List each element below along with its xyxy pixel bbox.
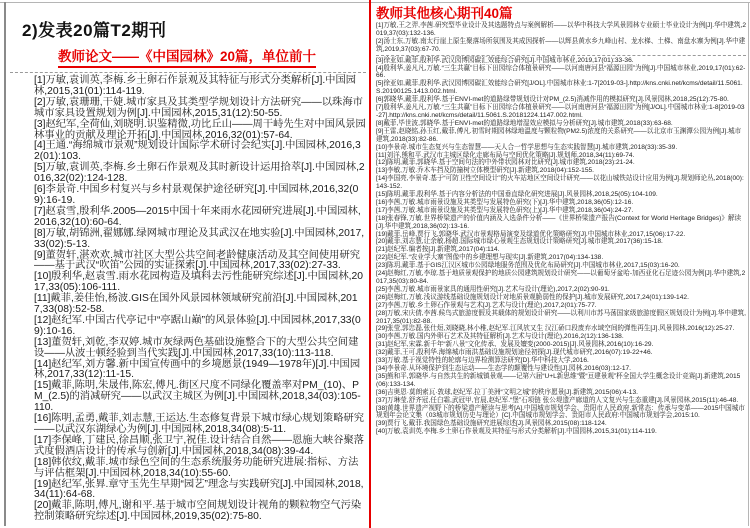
citation-item: [19]赵纪军,张昪.章守玉先生早期“园艺”理念与实践研究[J].中国园林,20… bbox=[34, 480, 366, 502]
citation-item: [24]赵梅红,万敏,李琼.基于地质景观保护的地质公园建筑规划设计研究——以葡萄… bbox=[376, 270, 746, 286]
right-citation-list: [1]万敏,王之羿,李茜.研究型毕业设计及其选题特点与案例解析——以华中科技大学… bbox=[376, 22, 746, 436]
citation-item: [20]戴菲,陈明,傅凡,谢和平.基于城市空间规划设计视角的颗粒物空气污染控制策… bbox=[34, 501, 366, 523]
citation-item: [16]李茜,万敏.城市雨景设施及其类型与发展特色研究(下)[J].华中建筑,2… bbox=[376, 199, 746, 207]
section-title: 2)发表20篇T2期刊 bbox=[10, 6, 366, 43]
citation-item: [32]戴菲,王可,殷利华.海绵城市雨洪基础设施规划途径初探[J].现代城市研究… bbox=[376, 349, 746, 357]
citation-item: [6]李景奇.中国乡村复兴与乡村景观保护途径研究[J].中国园林,2016,32… bbox=[34, 185, 366, 207]
citation-item: [31]赵纪军,宋霖.新千年“新八景”文化传承、发展及嬗变(2000-2015)… bbox=[376, 341, 746, 349]
column-divider bbox=[369, 0, 371, 528]
citation-item: [27]李茜,万敏.乡土卵石作景观与艺术[J].艺术与设计(理论),2017,2… bbox=[376, 302, 746, 310]
right-border bbox=[748, 2, 749, 526]
page: 2)发表20篇T2期刊 教师论文——《中国园林》20篇，单位前十 [1]万敏,袁… bbox=[0, 0, 750, 528]
citation-item: [9]王雷,赵晓铭,孙玉红,戴菲,傅凡.初雪时期园林绿地温度与颗粒物(PM2.5… bbox=[376, 128, 746, 144]
left-column: 2)发表20篇T2期刊 教师论文——《中国园林》20篇，单位前十 [1]万敏,袁… bbox=[10, 6, 366, 522]
citation-item: [1]万敏,王之羿,李茜.研究型毕业设计及其选题特点与案例解析——以华中科技大学… bbox=[376, 22, 746, 38]
left-citation-list: [1]万敏,袁训英,李梅.乡土卵石作景观及其特征与形式分类解析[J].中国园林,… bbox=[10, 76, 366, 523]
citation-item: [18]张春锋,万敏.世界桥梁遗产的价值内涵及入选条件分析——《世界桥梁遗产报告… bbox=[376, 215, 746, 231]
citation-item: [6]郭晓华,戴菲,殷利华.基于ENVI-met的道路绿带规划设计对PM_(2.… bbox=[376, 96, 746, 104]
citation-item: [40]万敏,袁训英,李梅.乡土卵石作景观及其特征与形式分类解析[J].中国园林… bbox=[376, 428, 746, 436]
citation-item: [17]李茜,万敏.城市雨景设施及其类型与发展特色研究(上)[J].华中建筑,2… bbox=[376, 207, 746, 215]
right-column: 教师其他核心期刊40篇 [1]万敏,王之羿,李茜.研究型毕业设计及其选题特点与案… bbox=[376, 6, 746, 524]
citation-item: [4]殷利华,姜凡凡,万敏.“三生共赢”目标下田园综合体植景研究——以河南唐河县… bbox=[376, 65, 746, 81]
citation-item: [14]李国亮,李景奇.基于“可防卫性空间设计”的火车站地区空间设计研究——以花… bbox=[376, 175, 746, 191]
citation-item: [7]赵袁雪,殷利华.2005—2015中国十年来雨水花园研究进展[J].中国园… bbox=[34, 207, 366, 229]
citation-item: [28]万敏,宋庆倩,李茜.候鸟式旅游度假及其载体的规划设计研究——以利川市苏马… bbox=[376, 310, 746, 326]
citation-item: [15]陈明,戴菲,殷利华.基于内容分析法的中国垂直绿化研究进展[J].风景园林… bbox=[376, 191, 746, 199]
citation-item: [38]黄雄.世界遗产视野下的桥梁遗产解读与思考[A].中国城市规划学会、贵阳市… bbox=[376, 405, 746, 421]
citation-item: [2]汤士东,万敏.南太行崖上原生聚落场所氛围及其成因探析——以辉县黄水乡九峰山… bbox=[376, 38, 746, 56]
citation-item: [8]戴菲,毕世波,郭晓华.基于ENVI-met的道路绿地增湿效应模拟与分析研究… bbox=[376, 120, 746, 128]
citation-item: [3]徐亚如,戴菲,殷利华.武汉园博园碳汇效能综合研究[J].中国城市林业,20… bbox=[376, 57, 746, 65]
citation-item: [33]万敏.基于视觉特性的轮廓与边界检测算法研究[D].华中科技大学,2016… bbox=[376, 357, 746, 365]
citation-item: [23]陈玥,戴菲.基于GIS江汉区城市公园绿地服务范围及优化布局研究[J].中… bbox=[376, 262, 746, 270]
citation-item: [22]赵纪军.“农业学大寨”图像中的乡建理想与现实[J].新建筑,2017(0… bbox=[376, 254, 746, 262]
citation-item: [36]吉奥恩·莫朗索瓦·敦球,赵纪军.拉丁美洲“文明之城”的秩序愿景[J].新… bbox=[376, 389, 746, 397]
citation-item: [8]万敏,胡锦洲,翟娜娜.绿网城市理论及其武汉在地实验[J].中国园林,201… bbox=[34, 229, 366, 251]
citation-item: [1]万敏,袁训英,李梅.乡土卵石作景观及其特征与形式分类解析[J].中国园林,… bbox=[34, 76, 366, 98]
citation-item: [26]赵梅红,万敏.浅议游线基础设施规划设计对地质景观脆弱性的保护[J].城市… bbox=[376, 294, 746, 302]
citation-item: [10]李景奇.城市生态复兴与生态智慧——天人合一哲学思想与生态实践智慧[J].… bbox=[376, 144, 746, 152]
citation-item: [12]赵纪军.中国古代亭记中“亭踞山巅”的风景体验[J].中国园林,2017,… bbox=[34, 316, 366, 338]
citation-item: [4]王通.“海绵城市景观”规划设计国际学术研讨会纪实[J].中国园林,2016… bbox=[34, 141, 366, 163]
citation-item: [10]殷利华,赵袁雪.雨水花园构造及填料去污性能研究综述[J].中国园林,20… bbox=[34, 272, 366, 294]
citation-item: [17]李保峰,丁建民,徐昌顺,张卫宁,祝佳.设计结合自然——恩施大峡谷聚落式度… bbox=[34, 436, 366, 458]
right-section-title: 教师其他核心期刊40篇 bbox=[376, 6, 746, 21]
citation-item: [15]戴菲,陈明,朱晟伟,陈宏,傅凡.街区尺度不同绿化覆盖率对PM_(10)、… bbox=[34, 381, 366, 414]
citation-item: [34]李景奇.从环境保护到生态运动——生态学的颠覆性与建设性[J].园林,20… bbox=[376, 365, 746, 373]
header-dashed-divider bbox=[10, 72, 366, 73]
citation-item: [25]李茜,万敏.城市雨景家具的通用性研究[J].艺术与设计(理论),2017… bbox=[376, 286, 746, 294]
citation-item: [35]熊和平,郭晓华.与自然共生的新城镇景观——记第六届“U+L新思维”暨“亘… bbox=[376, 373, 746, 389]
citation-item: [37]万琳莹,舒齐冠,任白霜,武冠甲,官晨,赵纪军.“堡”石项链 张公堤遗产廊… bbox=[376, 397, 746, 405]
citation-item: [2]万敏,袁珊珊,干婕.城市家具及其类型学规划设计方法研究——以珠海市城市家具… bbox=[34, 98, 366, 120]
citation-item: [5]万敏,袁训英,李梅.乡土卵石作景观及其时新设计运用拾萃[J].中国园林,2… bbox=[34, 163, 366, 185]
citation-item: [14]赵纪军,刘方馨.新中国宣传画中的乡境愿景(1949—1978年)[J].… bbox=[34, 360, 366, 382]
citation-item: [16]陈明,孟勇,戴菲,刘志慧,王运达.生态修复背景下城市绿心规划策略研究——… bbox=[34, 414, 366, 436]
citation-item: [9]董贺轩,湛欢欢.城市社区大型公共空间老龄健康活动及其空间使用研究——基于武… bbox=[34, 251, 366, 273]
citation-item: [18]韩依纹,戴菲.城市绿色空间的生态系统服务功能研究进展:指标、方法与评估框… bbox=[34, 458, 366, 480]
left-border bbox=[4, 2, 6, 526]
citation-item: [13]董贺轩,刘乾,李双婷.城市灰绿两色基础设施整合下的大型公共空间建设——从… bbox=[34, 338, 366, 360]
top-border bbox=[0, 2, 750, 3]
citation-item: [7]殷利华,姜凡凡,万敏.“三生共赢”目标下田园综合体植景研究——以河南唐河县… bbox=[376, 104, 746, 120]
left-subtitle: 教师论文——《中国园林》20篇，单位前十 bbox=[58, 45, 316, 68]
citation-item: [3]赵纪军,全荷仙,刘晓明.识鉴精微,功比丘山——周干峙先生对中国风景园林事业… bbox=[34, 120, 366, 142]
citation-item: [11]戴菲,姜佳怡,杨波.GIS在国外风景园林领域研究前沿[J].中国园林,2… bbox=[34, 294, 366, 316]
citation-item: [5]徐亚如,戴菲,殷利华.武汉园博园碳汇效能综合研究[J/OL].中国城市林业… bbox=[376, 80, 746, 96]
